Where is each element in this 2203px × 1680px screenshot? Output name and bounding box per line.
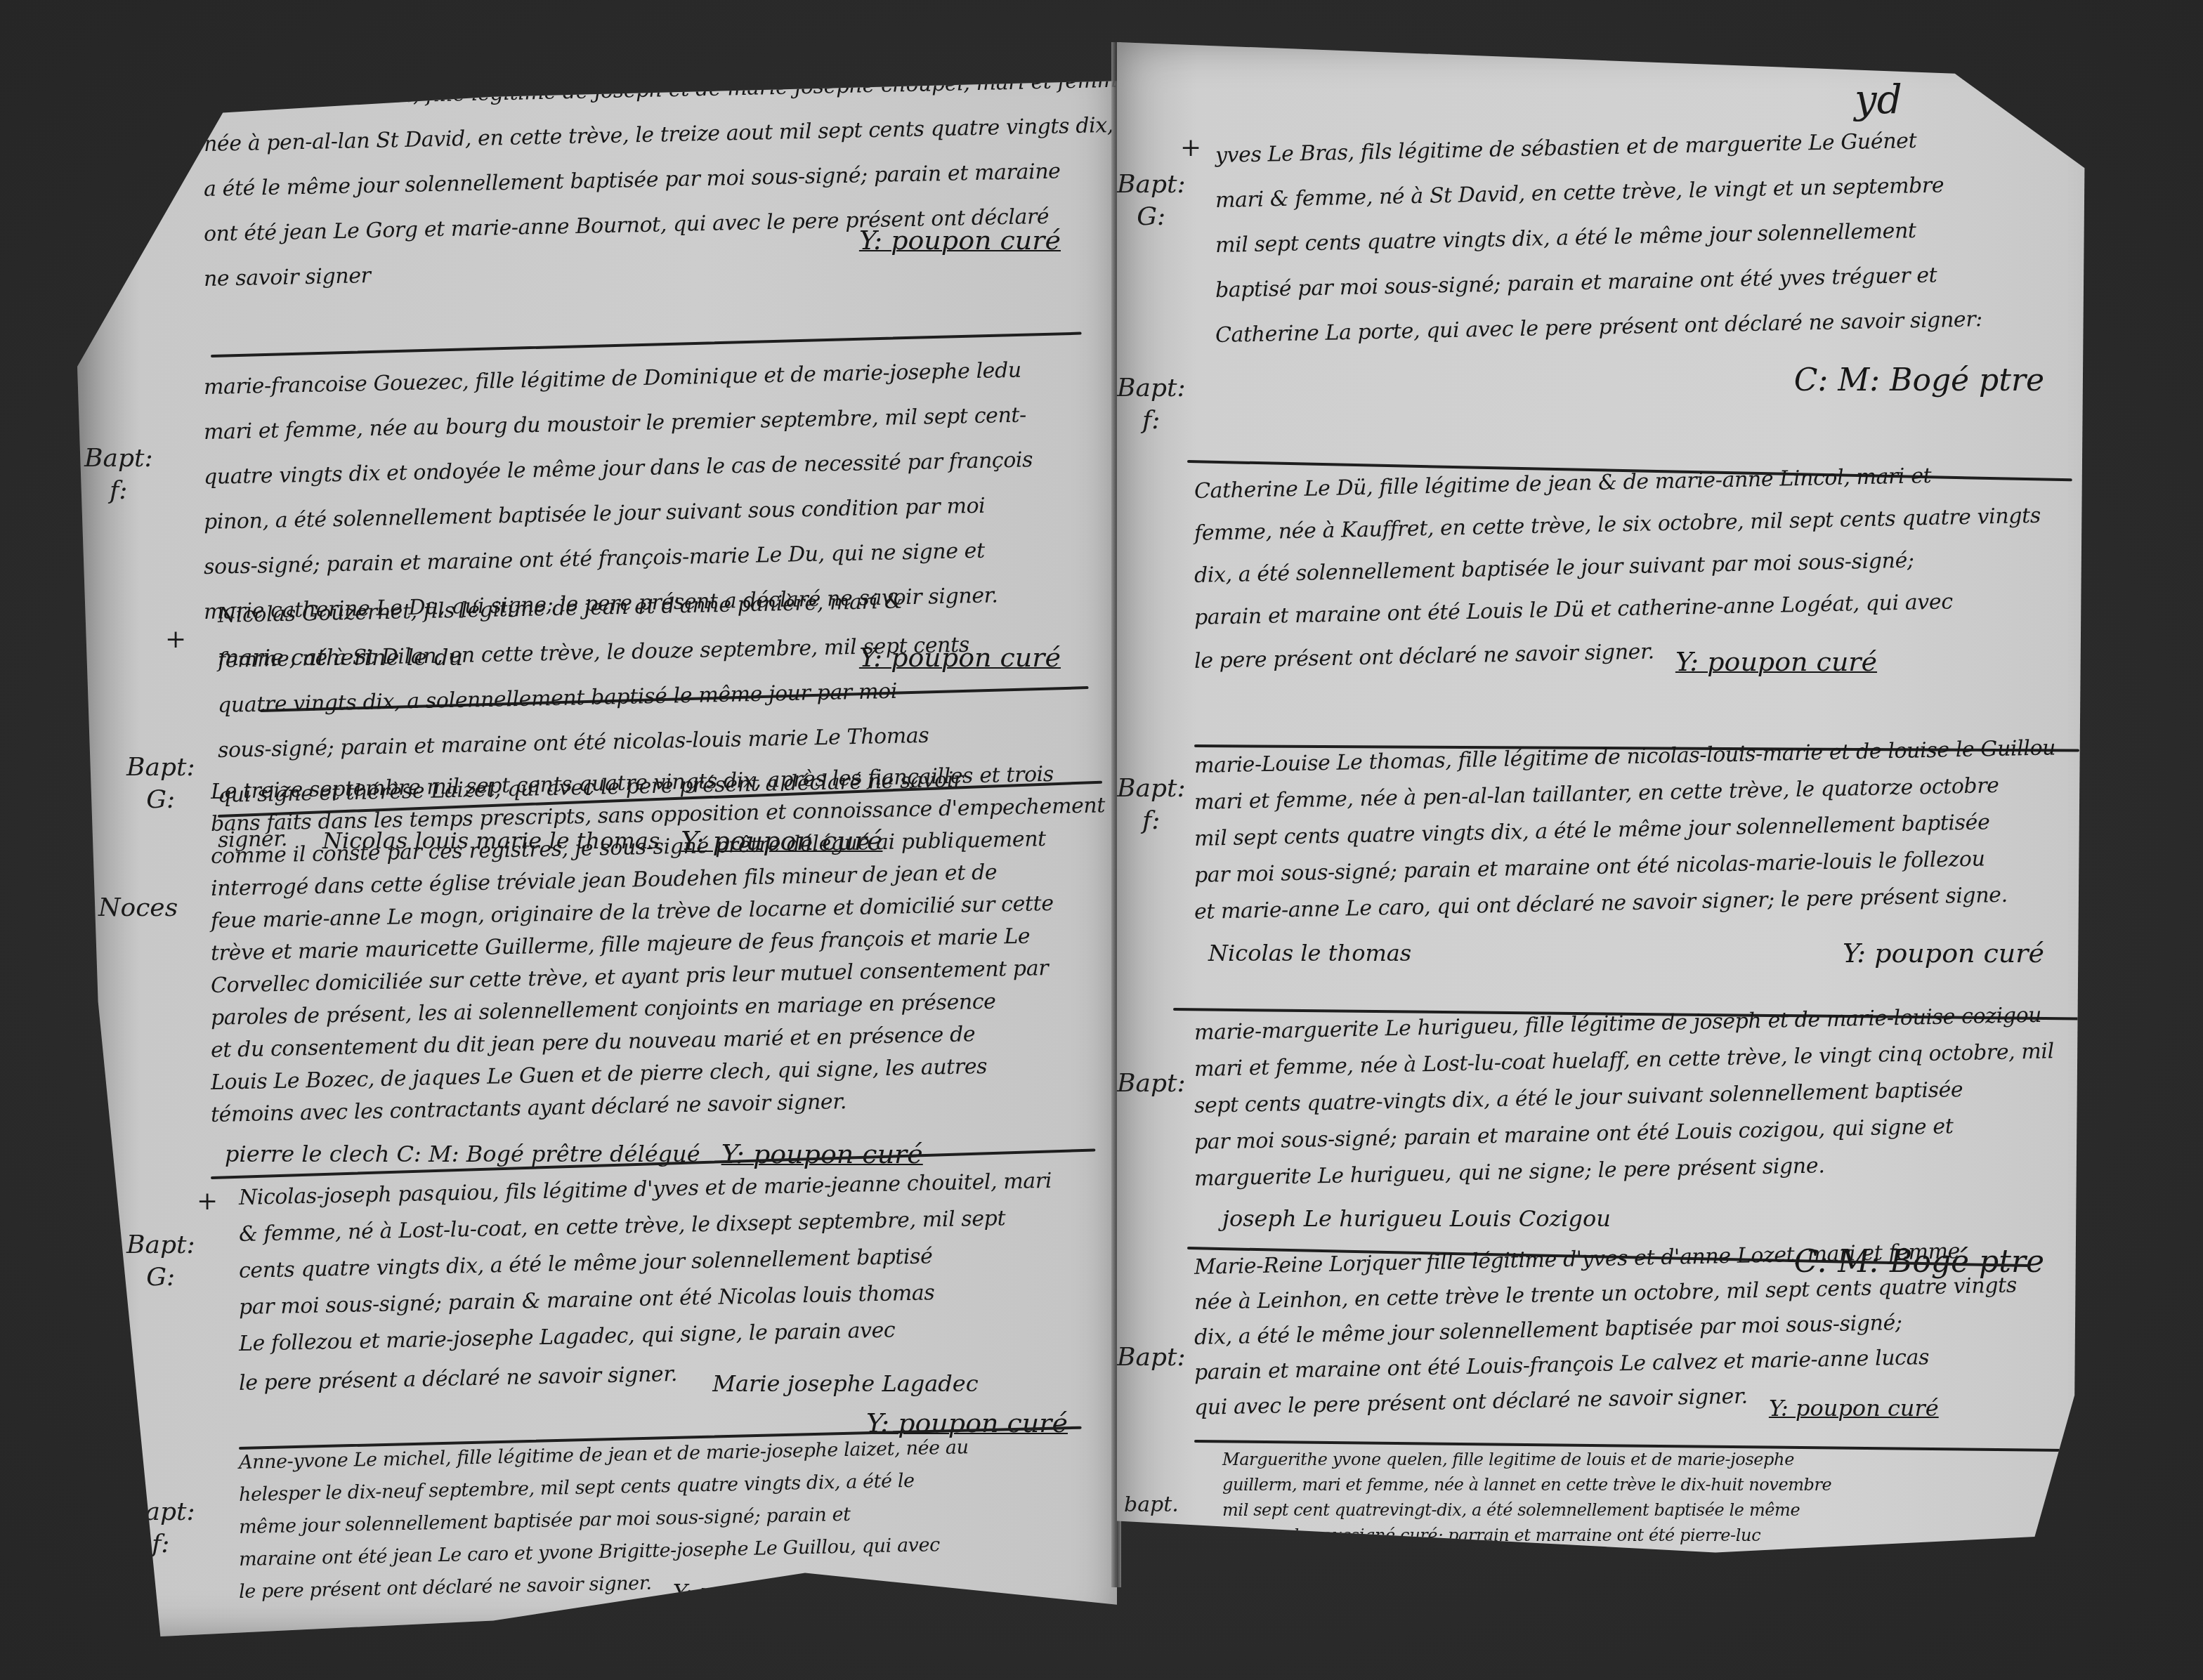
entry-line: mil sept cent quatrevingt-dix, a été sol… (1222, 1497, 2086, 1523)
priest-signature: Y: poupon curé (1769, 1391, 1939, 1426)
witness-signature: Marie josephe Lagadec (698, 1363, 978, 1405)
register-entry: Marie-Reine Lorjquer fille légitime d'yv… (1194, 1250, 2086, 1426)
folio-mark: yd (1855, 77, 1902, 123)
witness-signature: Nicolas le thomas (1194, 932, 1411, 974)
margin-label: Noces (98, 892, 178, 924)
register-entry: yves Le Bras, fils légitime de sébastien… (1215, 133, 2086, 403)
margin-label: Bapt: G: (1117, 169, 1186, 233)
register-entry: Le treize septembre mil sept cents quatr… (211, 776, 1110, 1176)
priest-signature: Y: poupon curé (1675, 639, 1877, 684)
margin-label: Bapt: f: (1117, 773, 1186, 837)
entry-line: Marguerithe yvone quelen, fille legitime… (1222, 1447, 2086, 1472)
death-cross-icon: + (197, 1187, 218, 1216)
priest-signature: Y: poupon curé (1843, 931, 2086, 976)
death-cross-icon: + (165, 625, 186, 654)
margin-label: Bapt: G: (126, 1229, 195, 1294)
margin-label: Bapt: G: (126, 752, 195, 816)
death-cross-icon: + (1180, 133, 1201, 162)
margin-label: Bapt: f: (84, 442, 153, 507)
priest-signature: C: M: Bogé ptre (1215, 358, 2086, 403)
entry-line: guillerm, mari et femme, née à lannet en… (1222, 1472, 2086, 1497)
entry-line: le pere présent a déclaré ne savoir sign… (238, 1356, 677, 1402)
witness-signature: joseph Le hurigueu Louis Cozigou (1194, 1197, 2086, 1240)
margin-label: Bapt: (1117, 1341, 1186, 1374)
register-entry: Catherine Le Dü, fille légitime de jean … (1194, 471, 2086, 684)
margin-label: Bapt: (1117, 1068, 1186, 1100)
margin-label: bapt. (1124, 1489, 1179, 1521)
register-entry: Nicolas-joseph pasquiou, fils légitime d… (239, 1180, 1110, 1441)
left-page: Bapt: f: marie-anne Bournot, fille légit… (77, 49, 1117, 1636)
register-entry: Anne-yvone Le michel, fille légitime de … (239, 1447, 1110, 1608)
right-page: yd 8 + Bapt: G: yves Le Bras, fils légit… (1117, 42, 2114, 1615)
entry-line: le pere présent ont déclaré ne savoir si… (1194, 631, 1654, 683)
register-entry: marie-Louise Le thomas, fille légitime d… (1194, 748, 2086, 976)
margin-label: Bapt: f: (1117, 372, 1186, 437)
